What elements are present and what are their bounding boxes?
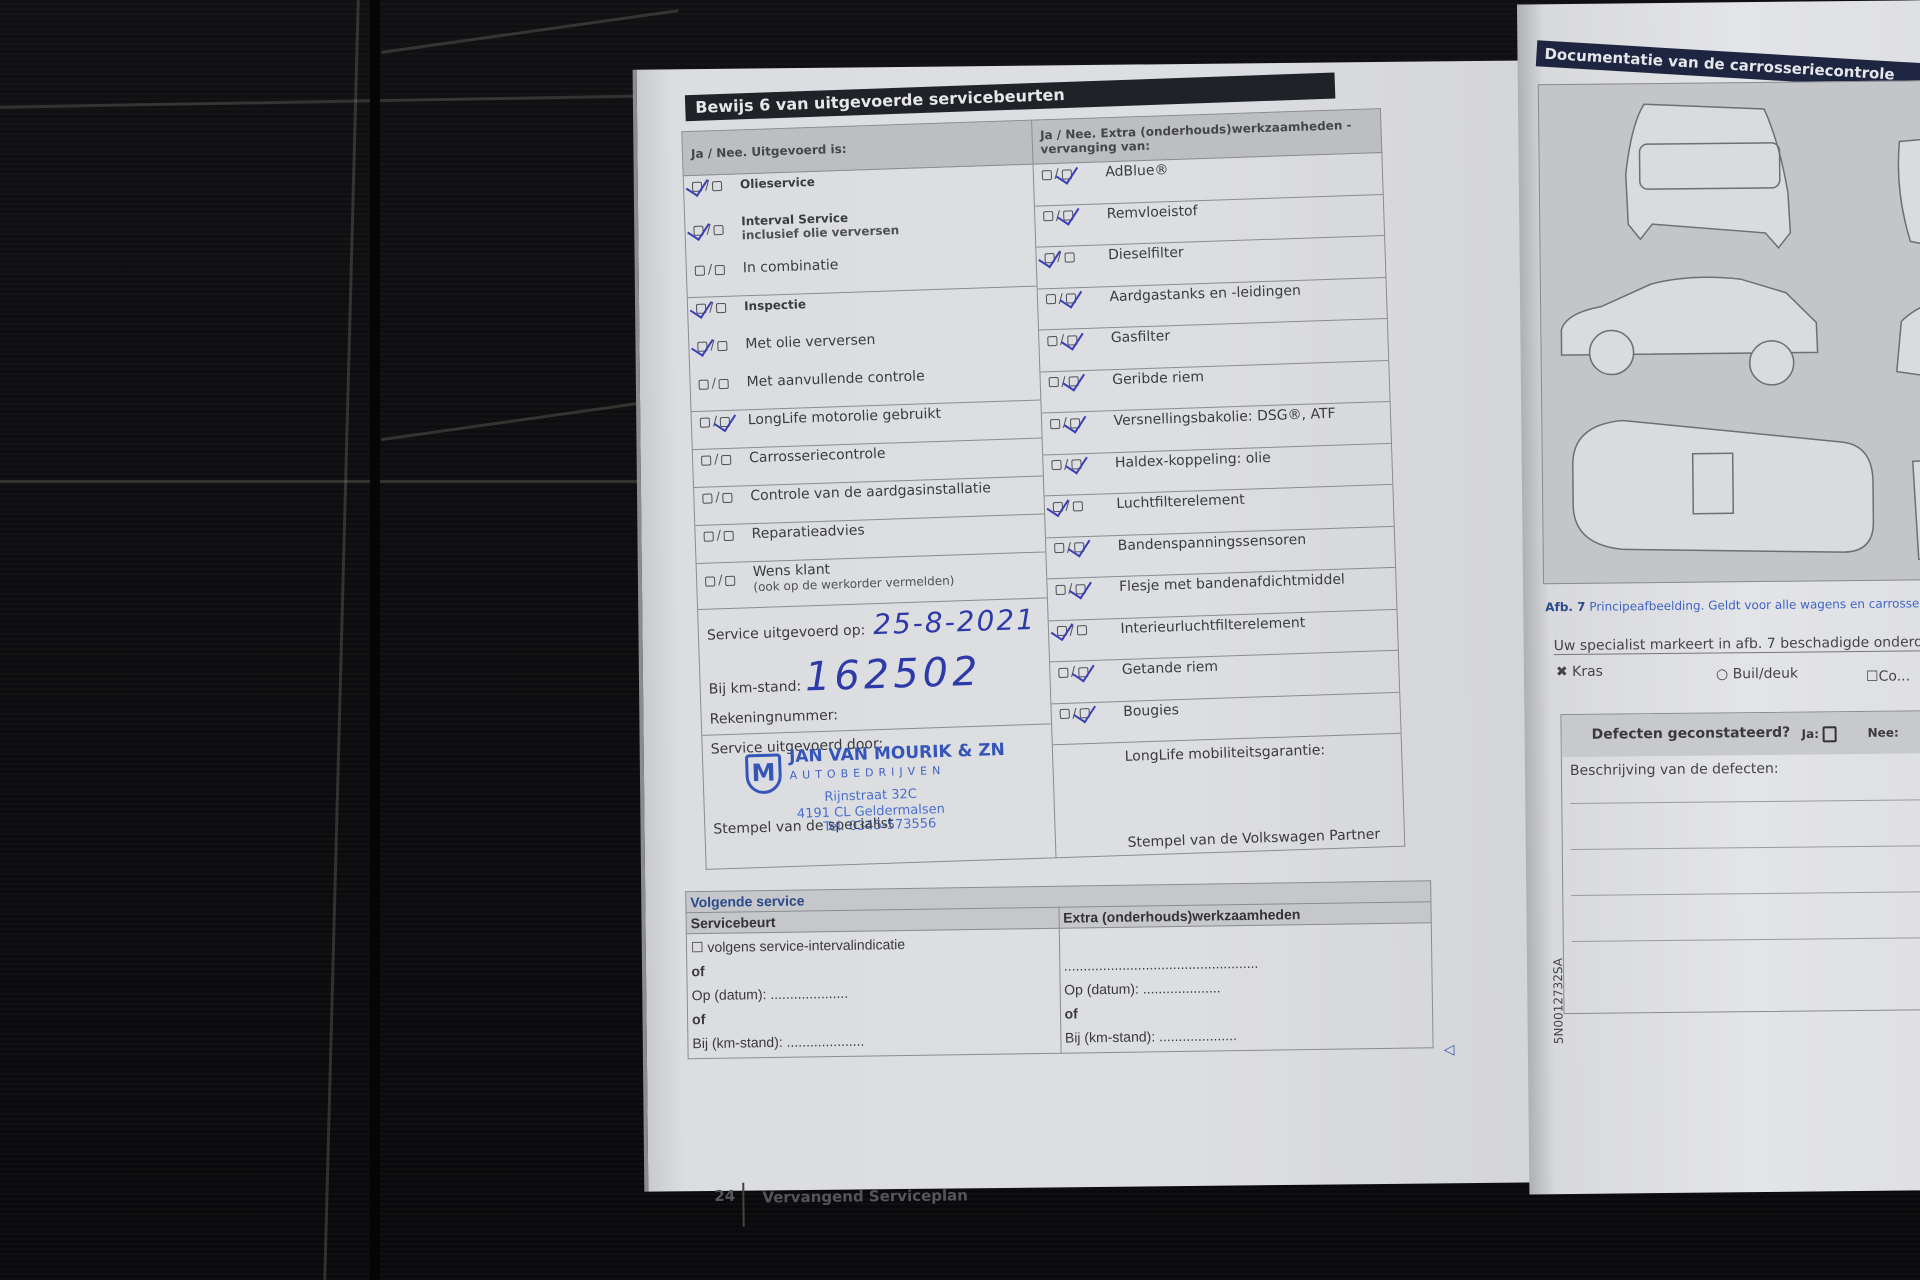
ja-checkbox[interactable] [1044, 252, 1054, 262]
extra-item-label: Versnellingsbakolie: DSG®, ATF [1113, 406, 1335, 429]
ja-checkbox[interactable] [1823, 726, 1837, 742]
ja-checkbox[interactable] [1049, 418, 1059, 428]
square-icon: ☐ [1866, 669, 1879, 685]
ja-nee-checkboxes: / [1052, 497, 1116, 514]
ja-checkbox[interactable] [693, 225, 703, 235]
car-outlines-icon [1539, 81, 1920, 585]
nee-checkbox[interactable] [1073, 501, 1083, 511]
nee-checkbox[interactable] [715, 264, 725, 274]
legend-label: Buil/deuk [1733, 666, 1799, 683]
km-value[interactable]: 162502 [804, 649, 982, 701]
ja-checkbox[interactable] [704, 531, 714, 541]
service-record-table: Ja / Nee. Uitgevoerd is: Ja / Nee. Extra… [681, 108, 1405, 870]
ja-nee-checkboxes: / [1059, 704, 1123, 721]
ja-checkbox[interactable] [698, 379, 708, 389]
longlife-label: LongLife mobiliteitsgarantie: [1124, 742, 1329, 765]
performed-item-label: Met aanvullende controle [746, 368, 925, 390]
performed-item-label: Inspectie [744, 297, 806, 313]
extra-item-label: Bandenspanningssensoren [1117, 531, 1306, 553]
nee-checkbox[interactable] [714, 224, 724, 234]
next-service-section: Volgende service Servicebeurt Extra (ond… [685, 880, 1433, 1059]
legend-buil: ○ Buil/deuk [1716, 666, 1798, 683]
vw-stamp-label: Stempel van de Volkswagen Partner [1127, 827, 1380, 851]
ja-checkbox[interactable] [705, 576, 715, 586]
ja-nee-checkboxes: / [1054, 539, 1118, 556]
ja-checkbox[interactable] [1043, 211, 1053, 221]
ja-nee-checkboxes: / [702, 489, 750, 506]
specialist-stamp-label: Stempel van de specialist [713, 816, 894, 838]
nee-checkbox[interactable] [1067, 335, 1077, 345]
ja-checkbox[interactable] [1045, 294, 1055, 304]
performed-item-label: Interval Serviceinclusief olie verversen [741, 209, 899, 242]
ja-checkbox[interactable] [696, 303, 706, 313]
performed-item-label: Wens klant(ook op de werkorder vermelden… [753, 557, 955, 594]
service-date-value[interactable]: 25-8-2021 [873, 603, 1037, 641]
extra-item-label: Luchtfilterelement [1116, 492, 1245, 512]
defect-line[interactable] [1572, 937, 1920, 987]
continue-arrow-icon: ◁ [1444, 1042, 1455, 1058]
performed-item-label: Carrosseriecontrole [749, 446, 886, 467]
ja-checkbox[interactable] [700, 417, 710, 427]
stamp-street: Rijnstraat 32C [824, 787, 917, 805]
defects-description-label: Beschrijving van de defecten: [1562, 753, 1920, 785]
ja-nee-checkboxes: / [692, 177, 740, 194]
defects-question: Defecten geconstateerd? [1592, 725, 1791, 743]
ja-checkbox[interactable] [692, 181, 702, 191]
performed-item-label: Met olie verversen [745, 332, 876, 352]
ja-checkbox[interactable] [1048, 377, 1058, 387]
ja-checkbox[interactable] [701, 455, 711, 465]
performed-item-label: In combinatie [743, 257, 839, 276]
marking-instruction: Uw specialist markeert in afb. 7 beschad… [1554, 634, 1920, 655]
ja-nee-checkboxes: / [1048, 373, 1112, 390]
ja-nee-checkboxes: / [697, 337, 745, 354]
ja-checkbox[interactable] [1052, 501, 1062, 511]
legend-kras: ✖ Kras [1556, 664, 1603, 680]
legend-other: ☐Co... [1866, 668, 1910, 684]
nee-checkbox[interactable] [1070, 418, 1080, 428]
right-page: Documentatie van de carrosseriecontrole [1517, 0, 1920, 1194]
defects-ja: Ja: [1802, 726, 1838, 742]
extra-item-label: Bougies [1123, 702, 1179, 720]
performed-list: /Olieservice/Interval Serviceinclusief o… [684, 165, 1047, 610]
ja-checkbox[interactable] [1058, 667, 1068, 677]
km-label: Bij km-stand: [708, 679, 801, 698]
ja-checkbox[interactable] [695, 265, 705, 275]
ja-nee-checkboxes: / [698, 375, 746, 392]
ja-checkbox[interactable] [697, 341, 707, 351]
left-page: Bewijs 6 van uitgevoerde servicebeurten … [633, 60, 1545, 1191]
performed-item-label: Olieservice [740, 175, 815, 191]
defect-line[interactable] [1571, 845, 1920, 895]
cross-icon: ✖ [1556, 664, 1568, 680]
ja-nee-checkboxes: / [1056, 621, 1120, 638]
ja-checkbox[interactable] [1041, 170, 1051, 180]
extra-item-label: Aardgastanks en -leidingen [1109, 282, 1301, 304]
service-record-form: Ja / Nee. Uitgevoerd is: Ja / Nee. Extra… [681, 108, 1405, 870]
nee-checkbox[interactable] [716, 302, 726, 312]
ja-checkbox[interactable] [702, 493, 712, 503]
legend-label: Co... [1878, 668, 1910, 684]
nee-checkbox[interactable] [720, 416, 730, 426]
nee-checkbox[interactable] [1075, 584, 1085, 594]
ja-nee-checkboxes: / [1049, 414, 1113, 431]
service-booklet: Bewijs 6 van uitgevoerde servicebeurten … [612, 0, 1920, 1206]
footer-section: Vervangend Serviceplan [762, 1186, 968, 1206]
defect-line[interactable] [1571, 891, 1920, 941]
defects-header: Defecten geconstateerd? Ja: Nee: [1561, 711, 1920, 757]
extra-item-label: Getande riem [1122, 659, 1219, 678]
ja-nee-checkboxes: / [1043, 207, 1107, 224]
nee-checkbox[interactable] [712, 180, 722, 190]
extra-item-label: Dieselfilter [1108, 245, 1184, 263]
nee-checkbox[interactable] [1064, 252, 1074, 262]
extra-list: /AdBlue®/Remvloeistof/Dieselfilter/Aardg… [1033, 153, 1401, 745]
account-label: Rekeningnummer: [709, 707, 838, 727]
performed-item-label: LongLife motorolie gebruikt [748, 406, 942, 428]
ja-checkbox[interactable] [1059, 709, 1069, 719]
caption-text: Principeafbeelding. Geldt voor alle wage… [1589, 596, 1920, 614]
extra-item-label: Geribde riem [1112, 369, 1204, 388]
nee-checkbox[interactable] [1071, 459, 1081, 469]
nee-checkbox[interactable] [1078, 667, 1088, 677]
next-service-line[interactable]: Bij (km-stand): .................... [1065, 1021, 1429, 1050]
vw-stamp-area: LongLife mobiliteitsgarantie: Stempel va… [1052, 734, 1404, 857]
extra-item-label: Haldex-koppeling: olie [1115, 449, 1271, 470]
defects-section: Defecten geconstateerd? Ja: Nee: Beschri… [1560, 710, 1920, 1014]
page-number: 24 [714, 1187, 735, 1205]
damage-legend: ✖ Kras ○ Buil/deuk ☐Co... [1556, 660, 1920, 664]
nee-checkbox[interactable] [1068, 376, 1078, 386]
extra-item-label: Gasfilter [1111, 328, 1171, 346]
ja-nee-checkboxes: / [1045, 290, 1109, 307]
defects-nee: Nee: [1868, 726, 1899, 740]
specialist-stamp-area: Service uitgevoerd door: M JAN VAN MOURI… [702, 724, 1054, 841]
stamp-subtitle: AUTOBEDRIJVEN [789, 764, 945, 782]
ja-checkbox[interactable] [1054, 543, 1064, 553]
dealer-logo-icon: M [745, 753, 782, 794]
performed-column: /Olieservice/Interval Serviceinclusief o… [683, 164, 1055, 869]
ja-nee-checkboxes: / [695, 261, 743, 278]
nee-checkbox[interactable] [718, 340, 728, 350]
ja-nee-checkboxes: / [1047, 331, 1111, 348]
ja-nee-checkboxes: / [1051, 456, 1115, 473]
nee-checkbox[interactable] [719, 378, 729, 388]
extra-item-label: Interieurluchtfilterelement [1120, 614, 1305, 636]
extra-item-label: AdBlue® [1105, 162, 1169, 180]
next-service-table: Volgende service Servicebeurt Extra (ond… [685, 880, 1433, 1059]
seat-seam [370, 0, 380, 1280]
ja-checkbox[interactable] [1047, 335, 1057, 345]
ja-nee-checkboxes: / [1044, 248, 1108, 265]
defect-line[interactable] [1570, 799, 1920, 849]
legend-label: Kras [1572, 664, 1603, 680]
extra-column: /AdBlue®/Remvloeistof/Dieselfilter/Aardg… [1033, 153, 1405, 858]
nee-checkbox[interactable] [1062, 169, 1072, 179]
nee-checkbox[interactable] [725, 575, 735, 585]
car-body-diagram [1538, 80, 1920, 584]
nee-checkbox[interactable] [721, 454, 731, 464]
ja-nee-checkboxes: / [696, 299, 744, 316]
next-col1: ☐ volgens service-intervalindicatieofOp … [686, 928, 1060, 1059]
plaid-stripe [0, 480, 660, 483]
nee-checkbox[interactable] [723, 492, 733, 502]
ja-checkbox[interactable] [1051, 460, 1061, 470]
ja-nee-checkboxes: / [693, 221, 741, 238]
nee-checkbox[interactable] [1063, 210, 1073, 220]
ja-nee-checkboxes: / [1041, 165, 1105, 182]
circle-icon: ○ [1716, 666, 1728, 682]
service-date-label: Service uitgevoerd op: [707, 622, 866, 643]
ja-nee-checkboxes: / [701, 451, 749, 468]
extra-item-label: Remvloeistof [1106, 203, 1197, 222]
nee-checkbox[interactable] [1079, 708, 1089, 718]
ja-checkbox[interactable] [1056, 626, 1066, 636]
footer-divider [742, 1183, 744, 1227]
performed-item-label: Reparatieadvies [751, 522, 865, 542]
ja-nee-checkboxes: / [703, 527, 751, 544]
ja-checkbox[interactable] [1055, 584, 1065, 594]
nee-checkbox[interactable] [724, 530, 734, 540]
next-col2: ........................................… [1059, 923, 1433, 1054]
extra-item-label: Flesje met bandenafdichtmiddel [1119, 572, 1345, 595]
ja-nee-checkboxes: / [1058, 663, 1122, 680]
ja-nee-checkboxes: / [705, 572, 753, 589]
ja-label: Ja: [1802, 727, 1820, 741]
nee-checkbox[interactable] [1074, 542, 1084, 552]
figure-caption: Afb. 7 Principeafbeelding. Geldt voor al… [1545, 596, 1920, 615]
nee-checkbox[interactable] [1077, 625, 1087, 635]
ja-nee-checkboxes: / [1055, 580, 1119, 597]
nee-checkbox[interactable] [1066, 293, 1076, 303]
caption-label: Afb. 7 [1545, 600, 1585, 614]
document-code: 5N0012732SA [1551, 958, 1566, 1044]
next-service-line[interactable]: Bij (km-stand): .................... [692, 1027, 1056, 1056]
ja-nee-checkboxes: / [700, 413, 748, 430]
